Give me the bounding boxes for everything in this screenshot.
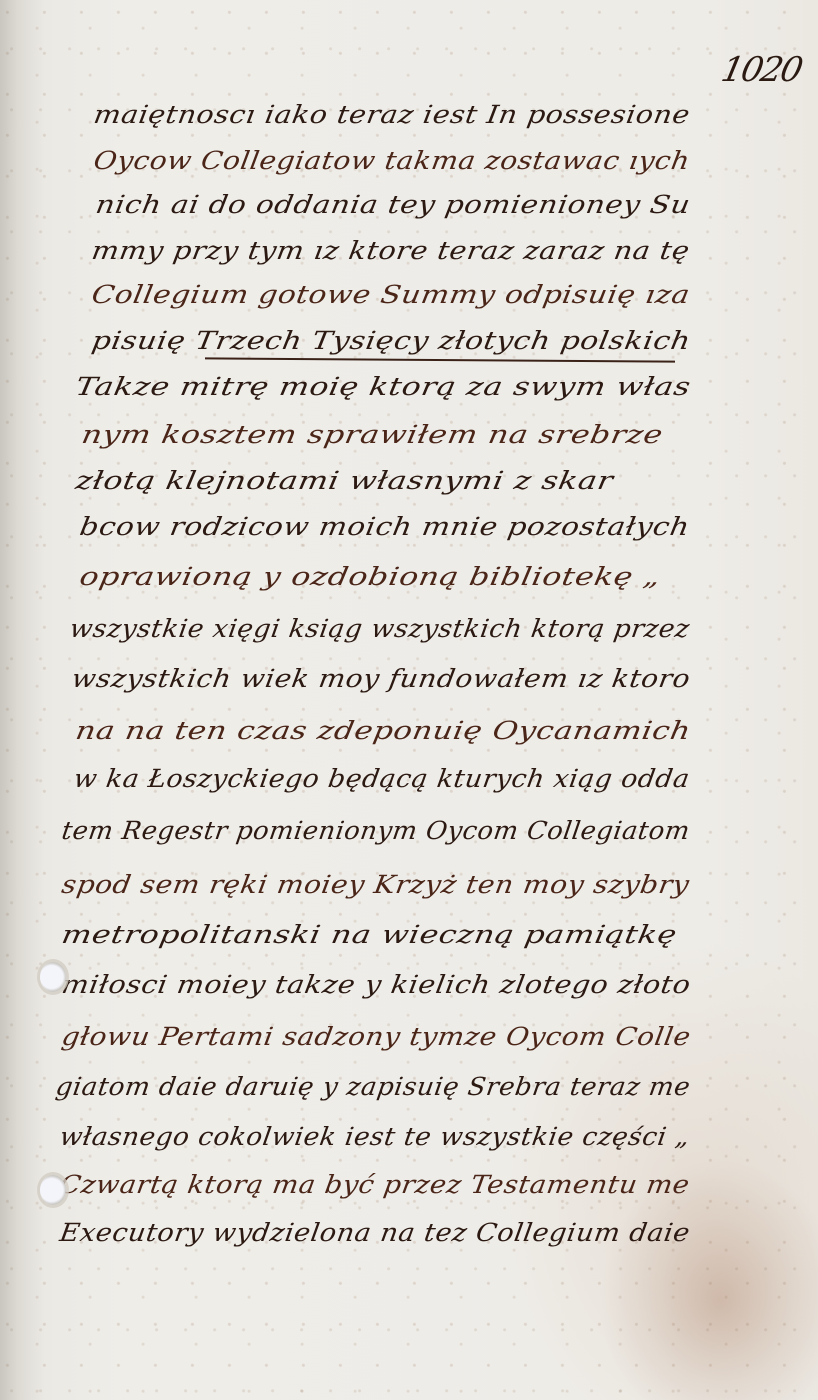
manuscript-line: Takze mitrę moię ktorą za swym włas [73, 372, 693, 401]
manuscript-line: Czwartą ktorą ma być przez Testamentu me [58, 1170, 692, 1199]
binding-hole-upper [40, 962, 66, 992]
manuscript-line: w ka Łoszyckiego będącą kturych xiąg odd… [72, 764, 692, 793]
manuscript-line: nym kosztem sprawiłem na srebrze [79, 420, 665, 449]
manuscript-line: Executory wydzielona na tez Collegium da… [58, 1218, 692, 1247]
manuscript-line: pisuię Trzech Tysięcy złotych polskich [90, 326, 693, 355]
manuscript-line: giatom daie daruię y zapisuię Srebra ter… [54, 1072, 693, 1101]
manuscript-line: maiętnoscı iako teraz iest In possesione [92, 100, 693, 129]
manuscript-line: spod sem ręki moiey Krzyż ten moy szybry [60, 870, 692, 899]
manuscript-line: własnego cokolwiek iest te wszystkie czę… [58, 1122, 692, 1151]
manuscript-line: miłosci moiey takze y kielich zlotego zł… [60, 970, 693, 999]
folio-number: 1020 [718, 50, 805, 90]
manuscript-line: złotą klejnotami własnymi z skar [73, 466, 615, 495]
manuscript-line: bcow rodzicow moich mnie pozostałych [78, 512, 692, 541]
manuscript-line: wszystkich wiek moy fundowałem ız ktoro [70, 664, 693, 693]
manuscript-line: oprawioną y ozdobioną bibliotekę „ [77, 562, 663, 591]
manuscript-line: tem Regestr pomienionym Oycom Collegiato… [60, 816, 692, 845]
manuscript-line: Oycow Collegiatow takma zostawac ıych [92, 146, 692, 175]
manuscript-line: Collegium gotowe Summy odpisuię ıza [90, 280, 693, 309]
underline-rule [205, 357, 675, 362]
binding-hole-lower [40, 1175, 66, 1205]
manuscript-page: 1020 maiętnoscı iako teraz iest In posse… [0, 0, 818, 1400]
manuscript-line: na na ten czas zdeponuię Oycanamich [74, 716, 694, 745]
manuscript-line: wszystkie xięgi ksiąg wszystkich ktorą p… [68, 614, 692, 643]
manuscript-line: nich ai do oddania tey pomienioney Su [94, 190, 693, 219]
manuscript-line: mmy przy tym ız ktore teraz zaraz na tę [90, 236, 692, 265]
manuscript-line: głowu Pertami sadzony tymze Oycom Colle [60, 1022, 693, 1051]
manuscript-line: metropolitanski na wieczną pamiątkę [59, 920, 679, 949]
